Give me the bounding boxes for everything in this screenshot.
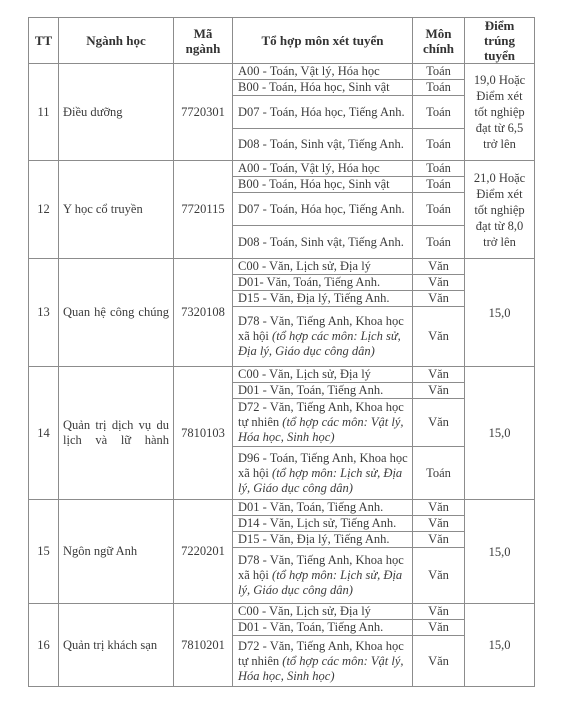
table-row: 15Ngôn ngữ Anh7220201D01 - Văn, Toán, Ti… <box>29 500 535 516</box>
cell-score: 15,0 <box>465 500 535 604</box>
cell-main-subject: Văn <box>413 604 465 620</box>
combo-text: C00 - Văn, Lịch sử, Địa lý <box>238 367 371 381</box>
cell-major: Quản trị khách sạn <box>59 604 174 687</box>
cell-main-subject: Văn <box>413 307 465 367</box>
table-row: 14Quản trị dịch vụ du lịch và lữ hành781… <box>29 367 535 383</box>
cell-combo: A00 - Toán, Vật lý, Hóa học <box>233 64 413 80</box>
cell-code: 7810103 <box>174 367 233 500</box>
table-row: 16Quản trị khách sạn7810201C00 - Văn, Lị… <box>29 604 535 620</box>
cell-code: 7220201 <box>174 500 233 604</box>
combo-text: D07 - Toán, Hóa học, Tiếng Anh. <box>238 202 405 216</box>
cell-main-subject: Toán <box>413 80 465 96</box>
header-major: Ngành học <box>59 18 174 64</box>
cell-major: Quản trị dịch vụ du lịch và lữ hành <box>59 367 174 500</box>
cell-combo: D01- Văn, Toán, Tiếng Anh. <box>233 275 413 291</box>
cell-tt: 13 <box>29 259 59 367</box>
cell-combo: B00 - Toán, Hóa học, Sinh vật <box>233 177 413 193</box>
cell-main-subject: Toán <box>413 64 465 80</box>
cell-score: 15,0 <box>465 259 535 367</box>
cell-tt: 11 <box>29 64 59 161</box>
cell-combo: D07 - Toán, Hóa học, Tiếng Anh. <box>233 96 413 129</box>
combo-text: D01 - Văn, Toán, Tiếng Anh. <box>238 383 383 397</box>
cell-main-subject: Văn <box>413 636 465 687</box>
combo-text: D07 - Toán, Hóa học, Tiếng Anh. <box>238 105 405 119</box>
cell-combo: C00 - Văn, Lịch sử, Địa lý <box>233 259 413 275</box>
cell-main-subject: Văn <box>413 500 465 516</box>
cell-combo: D78 - Văn, Tiếng Anh, Khoa học xã hội (t… <box>233 307 413 367</box>
admission-score-table: TT Ngành học Mã ngành Tổ hợp môn xét tuy… <box>28 17 535 687</box>
cell-code: 7320108 <box>174 259 233 367</box>
cell-main-subject: Văn <box>413 548 465 604</box>
cell-score: 21,0 Hoặc Điểm xét tốt nghiệp đạt từ 8,0… <box>465 161 535 259</box>
combo-text: A00 - Toán, Vật lý, Hóa học <box>238 64 380 78</box>
cell-main-subject: Văn <box>413 259 465 275</box>
cell-main-subject: Văn <box>413 516 465 532</box>
cell-combo: D15 - Văn, Địa lý, Tiếng Anh. <box>233 532 413 548</box>
combo-text: C00 - Văn, Lịch sử, Địa lý <box>238 259 371 273</box>
header-main-subject: Môn chính <box>413 18 465 64</box>
combo-text: C00 - Văn, Lịch sử, Địa lý <box>238 604 371 618</box>
cell-code: 7720301 <box>174 64 233 161</box>
header-combos: Tổ hợp môn xét tuyển <box>233 18 413 64</box>
combo-text: B00 - Toán, Hóa học, Sinh vật <box>238 177 390 191</box>
cell-tt: 15 <box>29 500 59 604</box>
cell-main-subject: Toán <box>413 447 465 500</box>
combo-text: D01 - Văn, Toán, Tiếng Anh. <box>238 620 383 634</box>
cell-tt: 14 <box>29 367 59 500</box>
header-code: Mã ngành <box>174 18 233 64</box>
table-body: 11Điều dưỡng7720301A00 - Toán, Vật lý, H… <box>29 64 535 687</box>
combo-text: D08 - Toán, Sinh vật, Tiếng Anh. <box>238 235 404 249</box>
cell-code: 7810201 <box>174 604 233 687</box>
cell-main-subject: Văn <box>413 383 465 399</box>
cell-tt: 16 <box>29 604 59 687</box>
combo-text: D08 - Toán, Sinh vật, Tiếng Anh. <box>238 137 404 151</box>
cell-combo: D14 - Văn, Lịch sử, Tiếng Anh. <box>233 516 413 532</box>
cell-score: 19,0 Hoặc Điểm xét tốt nghiệp đạt từ 6,5… <box>465 64 535 161</box>
combo-text: A00 - Toán, Vật lý, Hóa học <box>238 161 380 175</box>
table-row: 11Điều dưỡng7720301A00 - Toán, Vật lý, H… <box>29 64 535 80</box>
cell-combo: C00 - Văn, Lịch sử, Địa lý <box>233 367 413 383</box>
cell-main-subject: Toán <box>413 96 465 129</box>
combo-text: D14 - Văn, Lịch sử, Tiếng Anh. <box>238 516 396 530</box>
cell-combo: D01 - Văn, Toán, Tiếng Anh. <box>233 620 413 636</box>
cell-combo: C00 - Văn, Lịch sử, Địa lý <box>233 604 413 620</box>
cell-main-subject: Toán <box>413 226 465 259</box>
cell-combo: D07 - Toán, Hóa học, Tiếng Anh. <box>233 193 413 226</box>
combo-text: D01 - Văn, Toán, Tiếng Anh. <box>238 500 383 514</box>
cell-main-subject: Văn <box>413 399 465 447</box>
cell-major: Điều dưỡng <box>59 64 174 161</box>
cell-score: 15,0 <box>465 604 535 687</box>
cell-main-subject: Văn <box>413 367 465 383</box>
cell-main-subject: Văn <box>413 532 465 548</box>
combo-text: B00 - Toán, Hóa học, Sinh vật <box>238 80 390 94</box>
cell-combo: D78 - Văn, Tiếng Anh, Khoa học xã hội (t… <box>233 548 413 604</box>
cell-major: Ngôn ngữ Anh <box>59 500 174 604</box>
cell-combo: A00 - Toán, Vật lý, Hóa học <box>233 161 413 177</box>
cell-combo: D96 - Toán, Tiếng Anh, Khoa học xã hội (… <box>233 447 413 500</box>
cell-combo: B00 - Toán, Hóa học, Sinh vật <box>233 80 413 96</box>
cell-major: Quan hệ công chúng <box>59 259 174 367</box>
cell-combo: D08 - Toán, Sinh vật, Tiếng Anh. <box>233 226 413 259</box>
combo-text: D15 - Văn, Địa lý, Tiếng Anh. <box>238 532 390 546</box>
cell-main-subject: Văn <box>413 291 465 307</box>
cell-main-subject: Toán <box>413 129 465 161</box>
cell-main-subject: Toán <box>413 161 465 177</box>
cell-code: 7720115 <box>174 161 233 259</box>
table-header-row: TT Ngành học Mã ngành Tổ hợp môn xét tuy… <box>29 18 535 64</box>
header-tt: TT <box>29 18 59 64</box>
cell-combo: D72 - Văn, Tiếng Anh, Khoa học tự nhiên … <box>233 399 413 447</box>
cell-main-subject: Văn <box>413 620 465 636</box>
cell-combo: D01 - Văn, Toán, Tiếng Anh. <box>233 383 413 399</box>
combo-text: D15 - Văn, Địa lý, Tiếng Anh. <box>238 291 390 305</box>
cell-main-subject: Văn <box>413 275 465 291</box>
cell-combo: D08 - Toán, Sinh vật, Tiếng Anh. <box>233 129 413 161</box>
table-row: 13Quan hệ công chúng7320108C00 - Văn, Lị… <box>29 259 535 275</box>
cell-main-subject: Toán <box>413 193 465 226</box>
cell-main-subject: Toán <box>413 177 465 193</box>
cell-tt: 12 <box>29 161 59 259</box>
cell-combo: D72 - Văn, Tiếng Anh, Khoa học tự nhiên … <box>233 636 413 687</box>
combo-text: D01- Văn, Toán, Tiếng Anh. <box>238 275 380 289</box>
cell-score: 15,0 <box>465 367 535 500</box>
cell-major: Y học cổ truyền <box>59 161 174 259</box>
header-score: Điểm trúng tuyển <box>465 18 535 64</box>
cell-combo: D15 - Văn, Địa lý, Tiếng Anh. <box>233 291 413 307</box>
table-row: 12Y học cổ truyền7720115A00 - Toán, Vật … <box>29 161 535 177</box>
cell-combo: D01 - Văn, Toán, Tiếng Anh. <box>233 500 413 516</box>
